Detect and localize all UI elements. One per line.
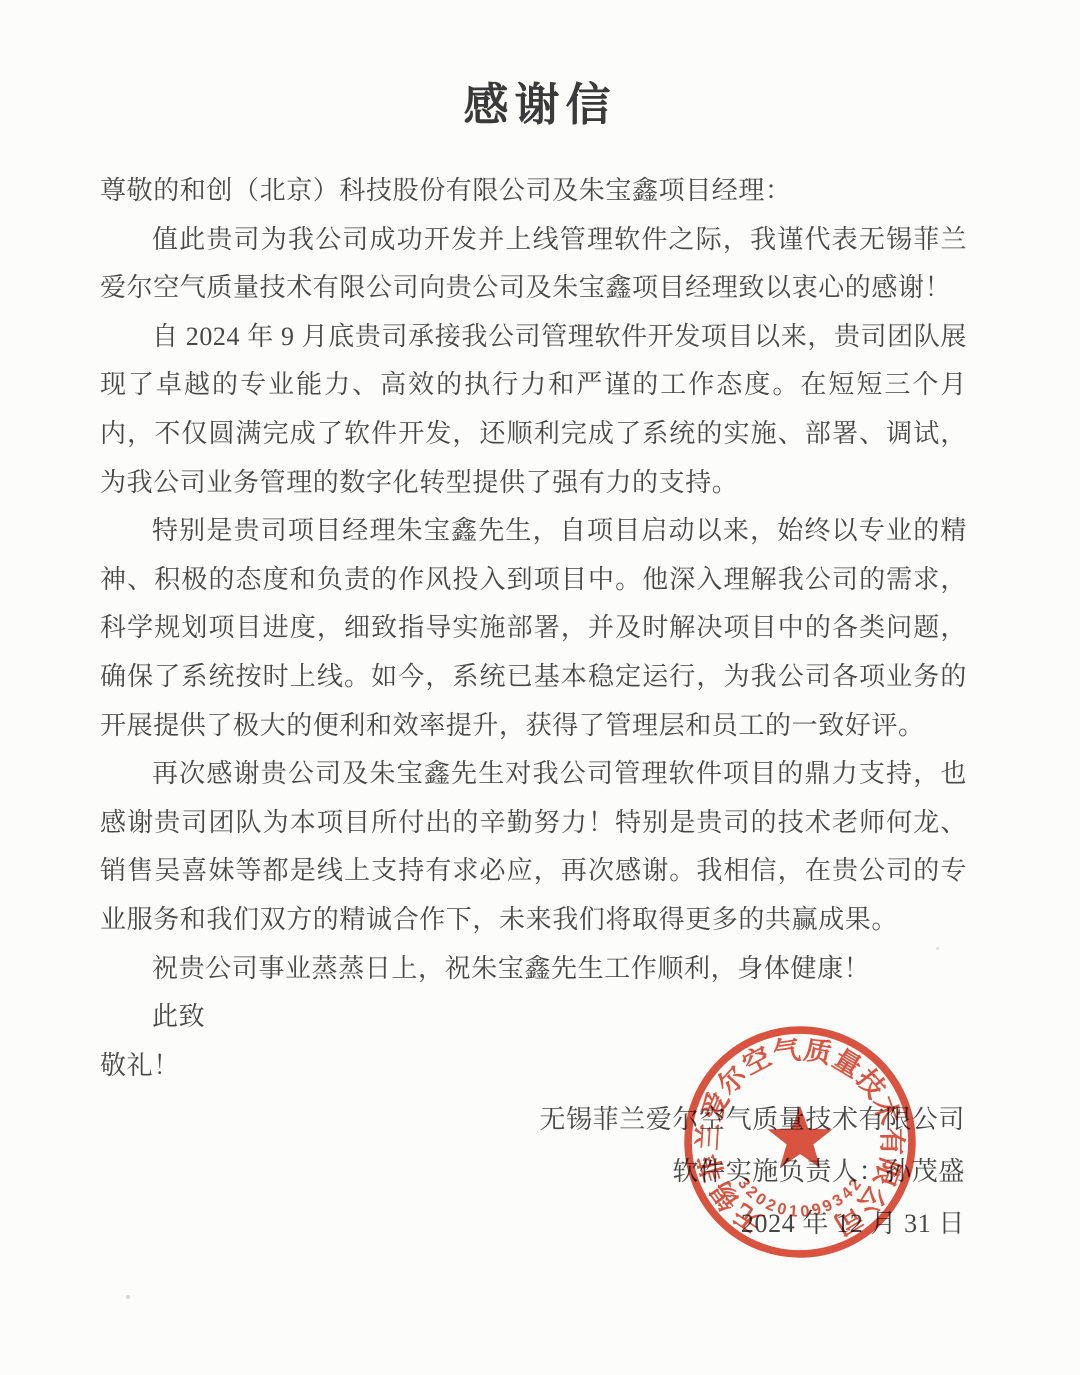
scan-speck <box>936 947 939 950</box>
valediction-close: 此致 <box>100 993 967 1042</box>
letter-title: 感谢信 <box>0 0 1080 133</box>
paragraph: 祝贵公司事业蒸蒸日上，祝朱宝鑫先生工作顺利，身体健康！ <box>100 945 967 994</box>
valediction-salute: 敬礼！ <box>100 1042 967 1091</box>
paragraph: 再次感谢贵公司及朱宝鑫先生对我公司管理软件项目的鼎力支持，也感谢贵司团队为本项目… <box>100 750 967 944</box>
paragraph: 自 2024 年 9 月底贵司承接我公司管理软件开发项目以来，贵司团队展现了卓越… <box>100 313 967 507</box>
salutation: 尊敬的和创（北京）科技股份有限公司及朱宝鑫项目经理： <box>100 167 967 216</box>
signature-company: 无锡菲兰爱尔空气质量技术有限公司 <box>0 1094 965 1146</box>
paragraph: 特别是贵司项目经理朱宝鑫先生，自项目启动以来，始终以专业的精神、积极的态度和负责… <box>100 507 967 750</box>
paragraph: 值此贵司为我公司成功开发并上线管理软件之际，我谨代表无锡菲兰爱尔空气质量技术有限… <box>100 216 967 313</box>
signature-block: 无锡菲兰爱尔空气质量技术有限公司 软件实施负责人：孙茂盛 2024 年 12 月… <box>0 1094 965 1250</box>
letter-page: 感谢信 尊敬的和创（北京）科技股份有限公司及朱宝鑫项目经理： 值此贵司为我公司成… <box>0 0 1080 1375</box>
signature-date: 2024 年 12 月 31 日 <box>0 1198 965 1250</box>
signature-role: 软件实施负责人：孙茂盛 <box>0 1146 965 1198</box>
scan-speck <box>126 1295 130 1299</box>
letter-body: 尊敬的和创（北京）科技股份有限公司及朱宝鑫项目经理： 值此贵司为我公司成功开发并… <box>100 167 967 1090</box>
